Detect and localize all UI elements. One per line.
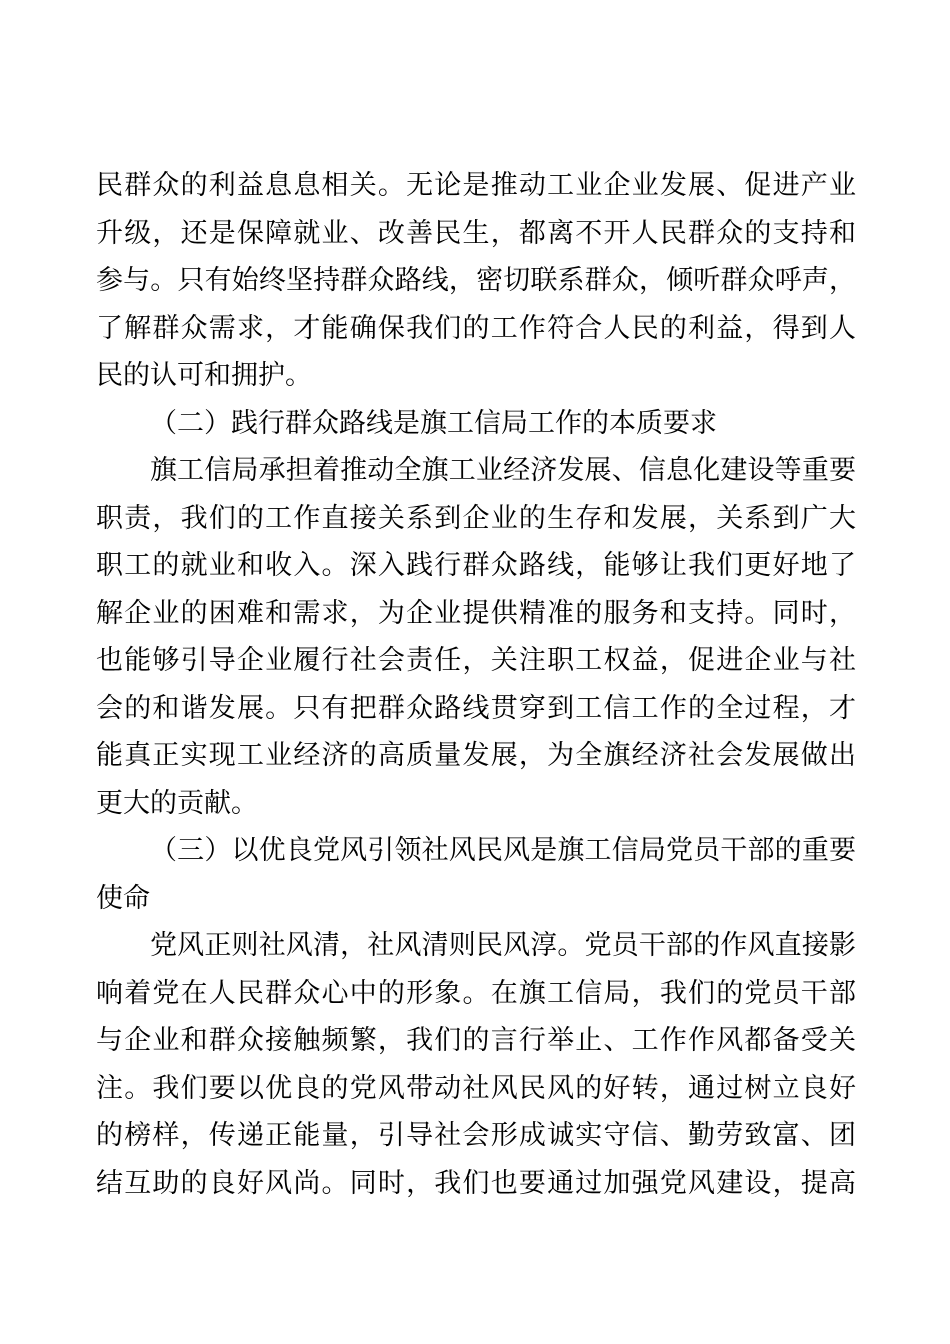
paragraph-line: 也能够引导企业履行社会责任，关注职工权益，促进企业与社	[96, 637, 856, 685]
paragraph: 党风正则社风清，社风清则民风淳。党员干部的作风直接影响着党在人民群众心中的形象。…	[96, 922, 856, 1207]
section-heading-line: （二）践行群众路线是旗工信局工作的本质要求	[96, 400, 856, 448]
paragraph-line: 解企业的困难和需求，为企业提供精准的服务和支持。同时，	[96, 590, 856, 638]
paragraph-line: 注。我们要以优良的党风带动社风民风的好转，通过树立良好	[96, 1065, 856, 1113]
section-heading: （二）践行群众路线是旗工信局工作的本质要求	[96, 400, 856, 448]
paragraph-line: 响着党在人民群众心中的形象。在旗工信局，我们的党员干部	[96, 970, 856, 1018]
paragraph-line: 参与。只有始终坚持群众路线，密切联系群众，倾听群众呼声，	[96, 257, 856, 305]
document-page: 民群众的利益息息相关。无论是推动工业企业发展、促进产业升级，还是保障就业、改善民…	[0, 0, 950, 1344]
paragraph-line: 民的认可和拥护。	[96, 352, 856, 400]
section-heading-line: （三）以优良党风引领社风民风是旗工信局党员干部的重要	[96, 827, 856, 875]
paragraph-line: 旗工信局承担着推动全旗工业经济发展、信息化建设等重要	[96, 447, 856, 495]
paragraph-line: 能真正实现工业经济的高质量发展，为全旗经济社会发展做出	[96, 732, 856, 780]
paragraph-line: 了解群众需求，才能确保我们的工作符合人民的利益，得到人	[96, 305, 856, 353]
document-text-block: 民群众的利益息息相关。无论是推动工业企业发展、促进产业升级，还是保障就业、改善民…	[96, 162, 856, 1207]
paragraph-line: 职责，我们的工作直接关系到企业的生存和发展，关系到广大	[96, 495, 856, 543]
paragraph: 民群众的利益息息相关。无论是推动工业企业发展、促进产业升级，还是保障就业、改善民…	[96, 162, 856, 400]
paragraph-line: 升级，还是保障就业、改善民生，都离不开人民群众的支持和	[96, 210, 856, 258]
section-heading: （三）以优良党风引领社风民风是旗工信局党员干部的重要使命	[96, 827, 856, 922]
paragraph-line: 更大的贡献。	[96, 780, 856, 828]
paragraph-line: 的榜样，传递正能量，引导社会形成诚实守信、勤劳致富、团	[96, 1112, 856, 1160]
paragraph-line: 党风正则社风清，社风清则民风淳。党员干部的作风直接影	[96, 922, 856, 970]
section-heading-line: 使命	[96, 875, 856, 923]
paragraph: 旗工信局承担着推动全旗工业经济发展、信息化建设等重要职责，我们的工作直接关系到企…	[96, 447, 856, 827]
paragraph-line: 民群众的利益息息相关。无论是推动工业企业发展、促进产业	[96, 162, 856, 210]
paragraph-line: 职工的就业和收入。深入践行群众路线，能够让我们更好地了	[96, 542, 856, 590]
paragraph-line: 结互助的良好风尚。同时，我们也要通过加强党风建设，提高	[96, 1160, 856, 1208]
paragraph-line: 与企业和群众接触频繁，我们的言行举止、工作作风都备受关	[96, 1017, 856, 1065]
paragraph-line: 会的和谐发展。只有把群众路线贯穿到工信工作的全过程，才	[96, 685, 856, 733]
